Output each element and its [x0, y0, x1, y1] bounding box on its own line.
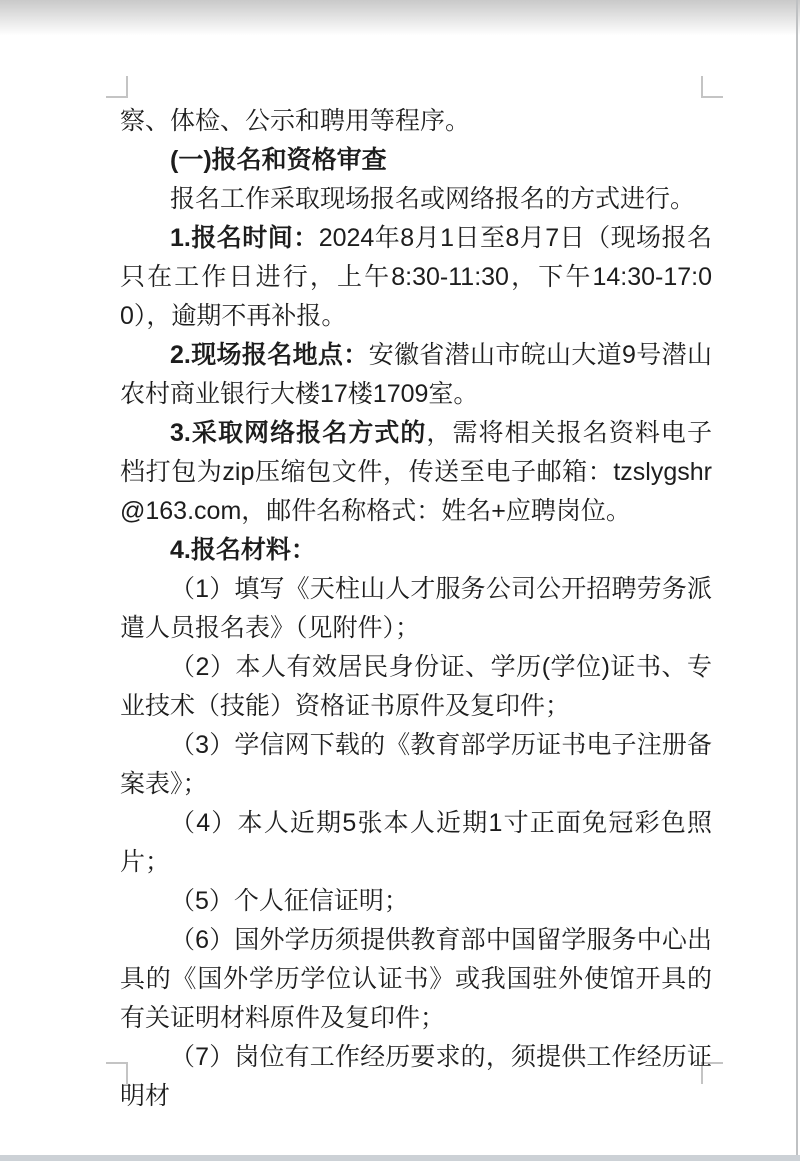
list-item: （7）岗位有工作经历要求的，须提供工作经历证明材	[120, 1038, 712, 1116]
photo-top-edge-shade	[0, 0, 800, 42]
paragraph-text: （3）学信网下载的《教育部学历证书电子注册备案表》；	[120, 731, 712, 798]
paragraph-lead: 3.采取网络报名方式的	[170, 419, 426, 447]
margin-mark-top-right	[701, 76, 723, 98]
photo-bottom-bar	[0, 1155, 800, 1161]
paragraph: 3.采取网络报名方式的，需将相关报名资料电子档打包为zip压缩包文件，传送至电子…	[120, 414, 712, 531]
document-text: 察、体检、公示和聘用等程序。 (一)报名和资格审查 报名工作采取现场报名或网络报…	[120, 102, 712, 1116]
paragraph-lead: 2.现场报名地点：	[170, 341, 369, 369]
paragraph: 报名工作采取现场报名或网络报名的方式进行。	[120, 180, 712, 219]
paragraph-text: 察、体检、公示和聘用等程序。	[120, 107, 470, 135]
paragraph: 4.报名材料：	[120, 531, 712, 570]
document-page: 察、体检、公示和聘用等程序。 (一)报名和资格审查 报名工作采取现场报名或网络报…	[0, 0, 800, 1161]
list-item: （2）本人有效居民身份证、学历(学位)证书、专业技术（技能）资格证书原件及复印件…	[120, 648, 712, 726]
paragraph: 察、体检、公示和聘用等程序。	[120, 102, 712, 141]
list-item: （5）个人征信证明；	[120, 882, 712, 921]
paragraph-text: （2）本人有效居民身份证、学历(学位)证书、专业技术（技能）资格证书原件及复印件…	[120, 653, 712, 720]
list-item: （1）填写《天柱山人才服务公司公开招聘劳务派遣人员报名表》（见附件）；	[120, 570, 712, 648]
section-heading: (一)报名和资格审查	[120, 141, 712, 180]
paragraph-text: （1）填写《天柱山人才服务公司公开招聘劳务派遣人员报名表》（见附件）；	[120, 575, 712, 642]
paragraph-text: （4）本人近期5张本人近期1寸正面免冠彩色照片；	[120, 809, 712, 876]
paragraph-lead: (一)报名和资格审查	[170, 146, 387, 174]
list-item: （4）本人近期5张本人近期1寸正面免冠彩色照片；	[120, 804, 712, 882]
paragraph-lead: 1.报名时间：	[170, 224, 319, 252]
paragraph-lead: 4.报名材料：	[170, 536, 316, 564]
paragraph-text: （7）岗位有工作经历要求的，须提供工作经历证明材	[120, 1043, 712, 1110]
margin-mark-top-left	[106, 76, 128, 98]
photo-right-edge-line	[796, 0, 798, 1161]
paragraph-text: （5）个人征信证明；	[170, 887, 409, 915]
paragraph-text: （6）国外学历须提供教育部中国留学服务中心出具的《国外学历学位认证书》或我国驻外…	[120, 926, 712, 1032]
list-item: （6）国外学历须提供教育部中国留学服务中心出具的《国外学历学位认证书》或我国驻外…	[120, 921, 712, 1038]
paragraph-text: 报名工作采取现场报名或网络报名的方式进行。	[170, 185, 695, 213]
list-item: （3）学信网下载的《教育部学历证书电子注册备案表》；	[120, 726, 712, 804]
paragraph: 1.报名时间：2024年8月1日至8月7日（现场报名只在工作日进行，上午8:30…	[120, 219, 712, 336]
paragraph: 2.现场报名地点：安徽省潜山市皖山大道9号潜山农村商业银行大楼17楼1709室。	[120, 336, 712, 414]
